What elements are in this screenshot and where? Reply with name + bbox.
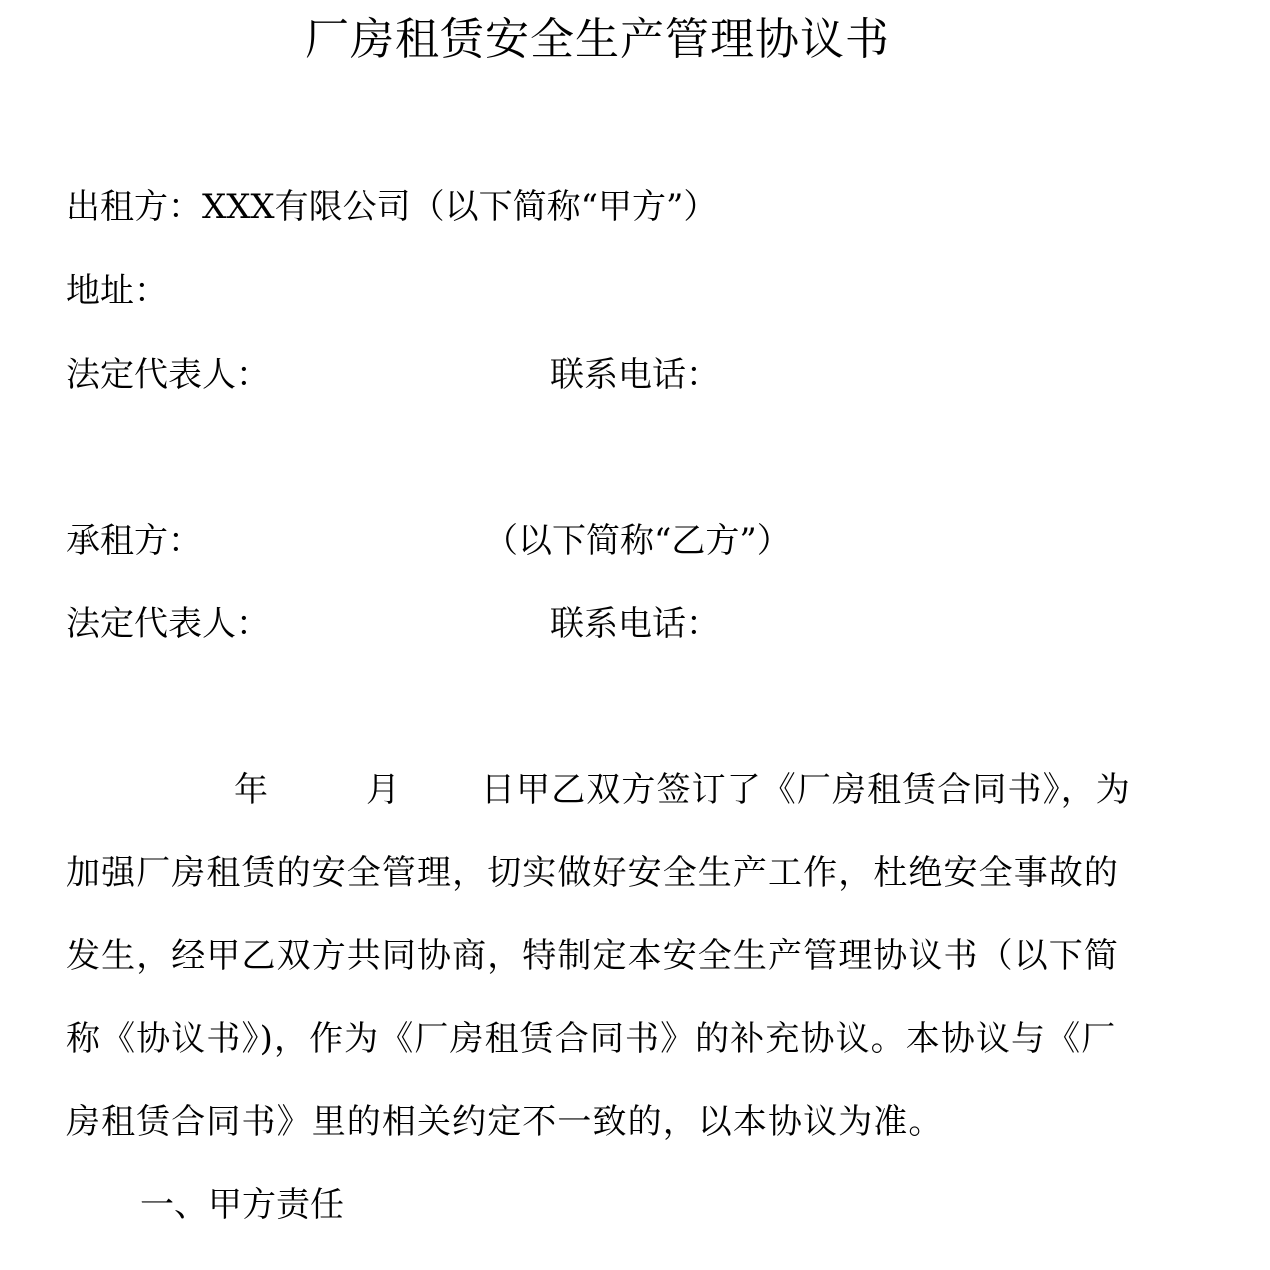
lessee-legal-rep-label: 法定代表人： bbox=[66, 607, 270, 641]
preamble-line-3: 发生，经甲乙双方共同协商，特制定本安全生产管理协议书（以下简 bbox=[66, 939, 1119, 973]
preamble-line-4: 称《协议书》)，作为《厂房租赁合同书》的补充协议。本协议与《厂 bbox=[66, 1022, 1116, 1056]
section-1-heading: 一、甲方责任 bbox=[140, 1188, 344, 1222]
lessee-label: 承租方： bbox=[66, 524, 202, 558]
preamble-month: 月 bbox=[366, 773, 401, 807]
lessor-phone-label: 联系电话： bbox=[550, 358, 720, 392]
preamble-line-2: 加强厂房租赁的安全管理，切实做好安全生产工作，杜绝安全事故的 bbox=[66, 856, 1119, 890]
lessor-legal-rep-label: 法定代表人： bbox=[66, 358, 270, 392]
preamble-line-5: 房租赁合同书》里的相关约定不一致的，以本协议为准。 bbox=[66, 1105, 944, 1139]
preamble-year: 年 bbox=[234, 773, 269, 807]
lessee-phone-label: 联系电话： bbox=[550, 607, 720, 641]
lessor-address-label: 地址： bbox=[66, 274, 168, 308]
lessee-abbr: （以下简称“乙方”） bbox=[484, 524, 791, 558]
lessor-line: 出租方：XXX有限公司（以下简称“甲方”） bbox=[66, 190, 717, 224]
document-title: 厂房租赁安全生产管理协议书 bbox=[305, 18, 890, 62]
preamble-line-1: 日甲乙双方签订了《厂房租赁合同书》，为 bbox=[481, 773, 1131, 807]
